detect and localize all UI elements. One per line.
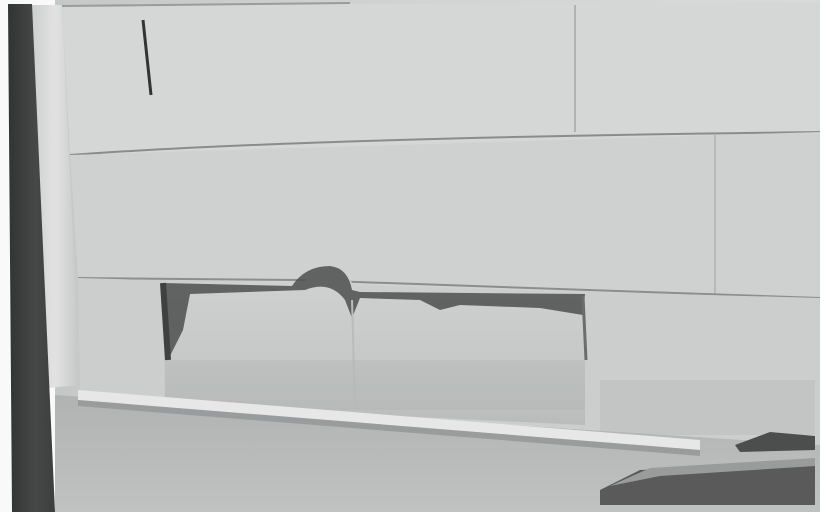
siding-damage-photo [0,0,826,517]
photo-canvas [0,0,826,517]
